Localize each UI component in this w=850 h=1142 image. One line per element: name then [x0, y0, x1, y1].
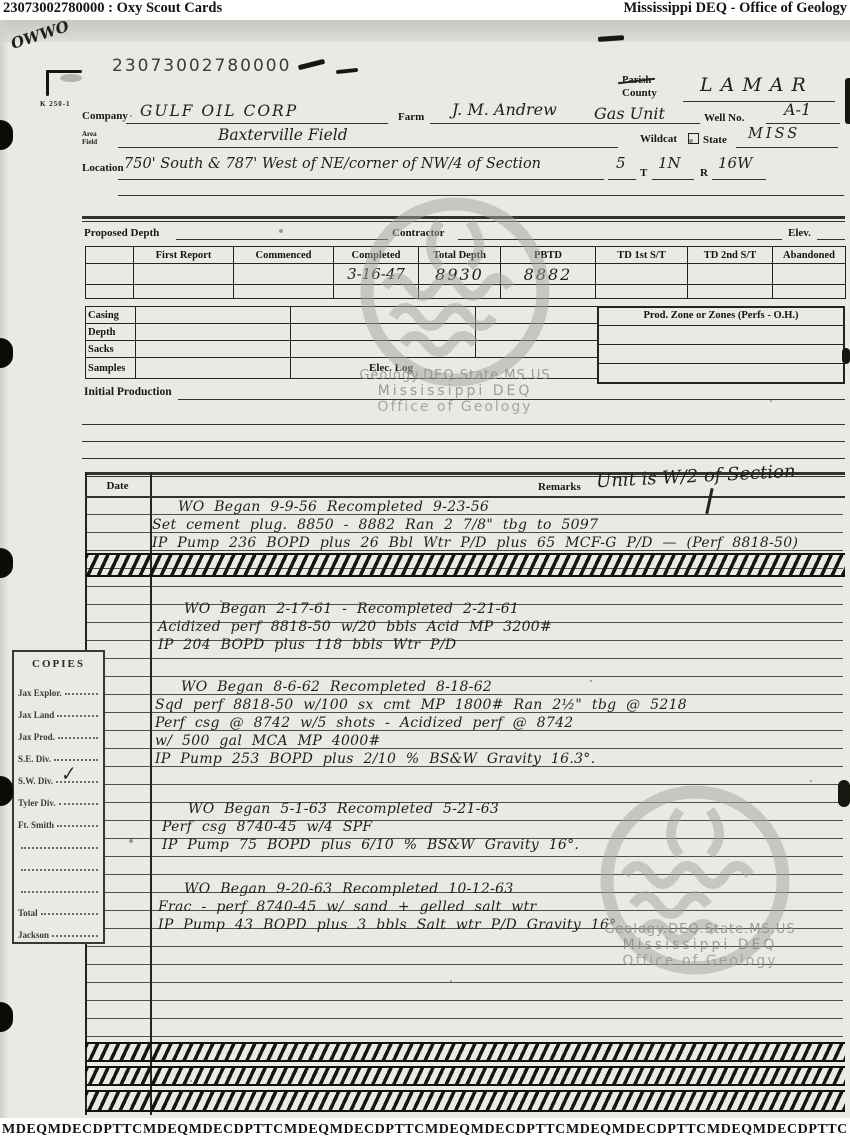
prod-zone-title: Prod. Zone or Zones (Perfs - O.H.)	[599, 308, 843, 325]
remarks-label: Remarks	[538, 481, 581, 493]
completion-header-cell: TD 2nd S/T	[688, 247, 773, 264]
completion-header-cell: Abandoned	[773, 247, 846, 264]
footer-token: MDEQ	[284, 1122, 330, 1138]
copies-item: Tyler Div.	[14, 786, 103, 808]
watermark-agency: Mississippi DEQ	[565, 937, 835, 953]
copies-item: Jackson	[14, 918, 103, 940]
watermark-url: Geology.DEQ.State.MS.US	[320, 368, 590, 383]
form-number: K 250-1	[40, 100, 71, 108]
scanned-scout-card: OWWO K 250-1 23073002780000 Parish Count…	[0, 20, 850, 1118]
footer-token: PTTC	[385, 1122, 424, 1138]
farm-label: Farm	[398, 111, 424, 123]
edge-mark	[842, 348, 850, 364]
rule-line	[82, 458, 845, 459]
prod-zone-line	[599, 325, 843, 344]
prod-zone-line	[599, 344, 843, 363]
samples-row-label: Samples	[86, 358, 136, 379]
scan-edge-strip	[0, 20, 850, 42]
copies-item: Jax Explor.	[14, 676, 103, 698]
footer-token: PTTC	[667, 1122, 706, 1138]
well-no-value: A-1	[784, 100, 811, 119]
footer-token: MDECD	[189, 1122, 244, 1138]
elev-label: Elev.	[788, 227, 811, 239]
footer-token: MDECD	[612, 1122, 667, 1138]
area-label: Area	[82, 130, 97, 138]
state-value: MISS	[748, 126, 800, 142]
punch-hole	[0, 1002, 13, 1032]
well-no-label: Well No.	[704, 112, 744, 124]
remarks-entry-2: WO Began 2-17-61 - Recompleted 2-21-61Ac…	[158, 600, 844, 654]
footer-token: MDECD	[48, 1122, 103, 1138]
prod-zone-box: Prod. Zone or Zones (Perfs - O.H.)	[597, 306, 845, 384]
api-number: 23073002780000	[112, 56, 291, 76]
footer-token: MDEQ	[2, 1122, 48, 1138]
county-label: County	[622, 87, 657, 99]
depth-row-label: Depth	[86, 324, 136, 341]
copies-item: Jax Prod.	[14, 720, 103, 742]
punch-hole	[0, 548, 13, 578]
copies-item: Jax Land	[14, 698, 103, 720]
footer-token: MDEQ	[566, 1122, 612, 1138]
location-value: 750' South & 787' West of NE/corner of N…	[124, 156, 541, 172]
date-column-label: Date	[85, 480, 150, 492]
completion-header-cell: Commenced	[234, 247, 334, 264]
copies-item: S.E. Div.	[14, 742, 103, 764]
remarks-line: IP 204 BOPD plus 118 bbls Wtr P/D	[158, 636, 844, 654]
remarks-line: Set cement plug. 8850 - 8882 Ran 2 7/8" …	[152, 516, 844, 534]
field-underline	[118, 128, 618, 148]
copies-list: Jax Explor.Jax LandJax Prod.S.E. Div.S.W…	[14, 676, 103, 940]
hatch-band	[85, 553, 845, 577]
remarks-entry-3: WO Began 8-6-62 Recompleted 8-18-62Sqd p…	[155, 678, 844, 768]
hatch-band	[85, 1090, 845, 1112]
copies-item	[14, 830, 103, 852]
proposed-depth-label: Proposed Depth	[84, 227, 159, 239]
state-label: State	[703, 134, 727, 146]
punch-hole	[0, 338, 13, 368]
field-value: Baxterville Field	[218, 126, 348, 144]
footer-token: MDEQ	[707, 1122, 753, 1138]
mdeq-logo-watermark	[355, 192, 555, 392]
unit-note: Unit is W/2 of Section	[596, 461, 796, 492]
pen-dash-2	[336, 68, 358, 74]
company-value: GULF OIL CORP	[140, 102, 298, 120]
remarks-line: Sqd perf 8818-50 w/100 sx cmt MP 1800# R…	[155, 696, 844, 714]
parish-label: Parish	[622, 75, 651, 86]
agency-title: Mississippi DEQ - Office of Geology	[623, 0, 847, 17]
footer-token: MDECD	[330, 1122, 385, 1138]
footer-token-row: MDEQMDECDPTTCMDEQMDECDPTTCMDEQMDECDPTTCM…	[0, 1122, 850, 1138]
footer-token: PTTC	[526, 1122, 565, 1138]
wildcat-checkbox	[688, 133, 699, 144]
bottom-footer-bar: MDEQMDECDPTTCMDEQMDECDPTTCMDEQMDECDPTTCM…	[0, 1118, 850, 1142]
footer-token: MDEQ	[425, 1122, 471, 1138]
county-value: LAMAR	[700, 74, 814, 96]
watermark-text-center: Geology.DEQ.State.MS.US Mississippi DEQ …	[320, 368, 590, 415]
footer-token: PTTC	[103, 1122, 142, 1138]
completion-header-cell	[86, 247, 134, 264]
edge-mark	[845, 78, 850, 124]
document-title: 23073002780000 : Oxy Scout Cards	[3, 0, 222, 17]
watermark-text-bottom: Geology.DEQ.State.MS.US Mississippi DEQ …	[565, 922, 835, 969]
section-value: 5	[616, 154, 626, 172]
remarks-line: IP Pump 253 BOPD plus 2/10 % BS&W Gravit…	[155, 750, 844, 768]
corner-bracket-h	[46, 70, 82, 73]
watermark-office: Office of Geology	[565, 953, 835, 969]
remarks-entry-1: WO Began 9-9-56 Recompleted 9-23-56Set c…	[152, 498, 844, 552]
footer-token: PTTC	[808, 1122, 847, 1138]
remarks-line: IP Pump 236 BOPD plus 26 Bbl Wtr P/D plu…	[152, 534, 844, 552]
prod-zone-line	[599, 363, 843, 382]
punch-hole	[0, 120, 13, 150]
field-label: Field	[82, 138, 97, 146]
footer-token: MDEQ	[143, 1122, 189, 1138]
copies-box: COPIES Jax Explor.Jax LandJax Prod.S.E. …	[12, 650, 105, 944]
remarks-line: Acidized perf 8818-50 w/20 bbls Acid MP …	[158, 618, 844, 636]
edge-mark	[838, 780, 850, 807]
initial-production-label: Initial Production	[84, 386, 172, 398]
elev-underline	[817, 226, 845, 240]
page: 23073002780000 : Oxy Scout Cards Mississ…	[0, 0, 850, 1142]
completion-header-cell: First Report	[134, 247, 234, 264]
copies-item	[14, 874, 103, 896]
farm-value: J. M. Andrew	[452, 100, 557, 119]
wildcat-label: Wildcat	[640, 133, 677, 145]
remarks-line: w/ 500 gal MCA MP 4000#	[155, 732, 844, 750]
footer-token: PTTC	[244, 1122, 283, 1138]
watermark-agency: Mississippi DEQ	[320, 383, 590, 399]
smudge	[60, 74, 82, 82]
township-value: 1N	[658, 154, 681, 172]
remarks-line: WO Began 8-6-62 Recompleted 8-18-62	[155, 678, 844, 696]
completion-header-cell: TD 1st S/T	[596, 247, 688, 264]
watermark-office: Office of Geology	[320, 399, 590, 415]
remarks-line: WO Began 2-17-61 - Recompleted 2-21-61	[158, 600, 844, 618]
hatch-band	[85, 1066, 845, 1086]
footer-token: MDECD	[471, 1122, 526, 1138]
casing-row-label: Casing	[86, 307, 136, 324]
footer-token: MDECD	[753, 1122, 808, 1138]
copies-title: COPIES	[14, 654, 103, 676]
sacks-row-label: Sacks	[86, 341, 136, 358]
copies-item: Ft. Smith	[14, 808, 103, 830]
watermark-url: Geology.DEQ.State.MS.US	[565, 922, 835, 937]
rule-line	[82, 441, 845, 442]
rule-line	[82, 424, 845, 425]
copies-item	[14, 852, 103, 874]
farm-value-2: Gas Unit	[594, 104, 665, 123]
remarks-line: WO Began 9-9-56 Recompleted 9-23-56	[152, 498, 844, 516]
corner-bracket-v	[46, 70, 49, 96]
copies-item: Total	[14, 896, 103, 918]
company-label: Company	[82, 110, 128, 122]
pen-dash-1	[298, 59, 325, 70]
hatch-band	[85, 1042, 845, 1062]
range-value: 16W	[718, 154, 753, 172]
remarks-line: Perf csg @ 8742 w/5 shots - Acidized per…	[155, 714, 844, 732]
top-header-bar: 23073002780000 : Oxy Scout Cards Mississ…	[0, 0, 850, 20]
